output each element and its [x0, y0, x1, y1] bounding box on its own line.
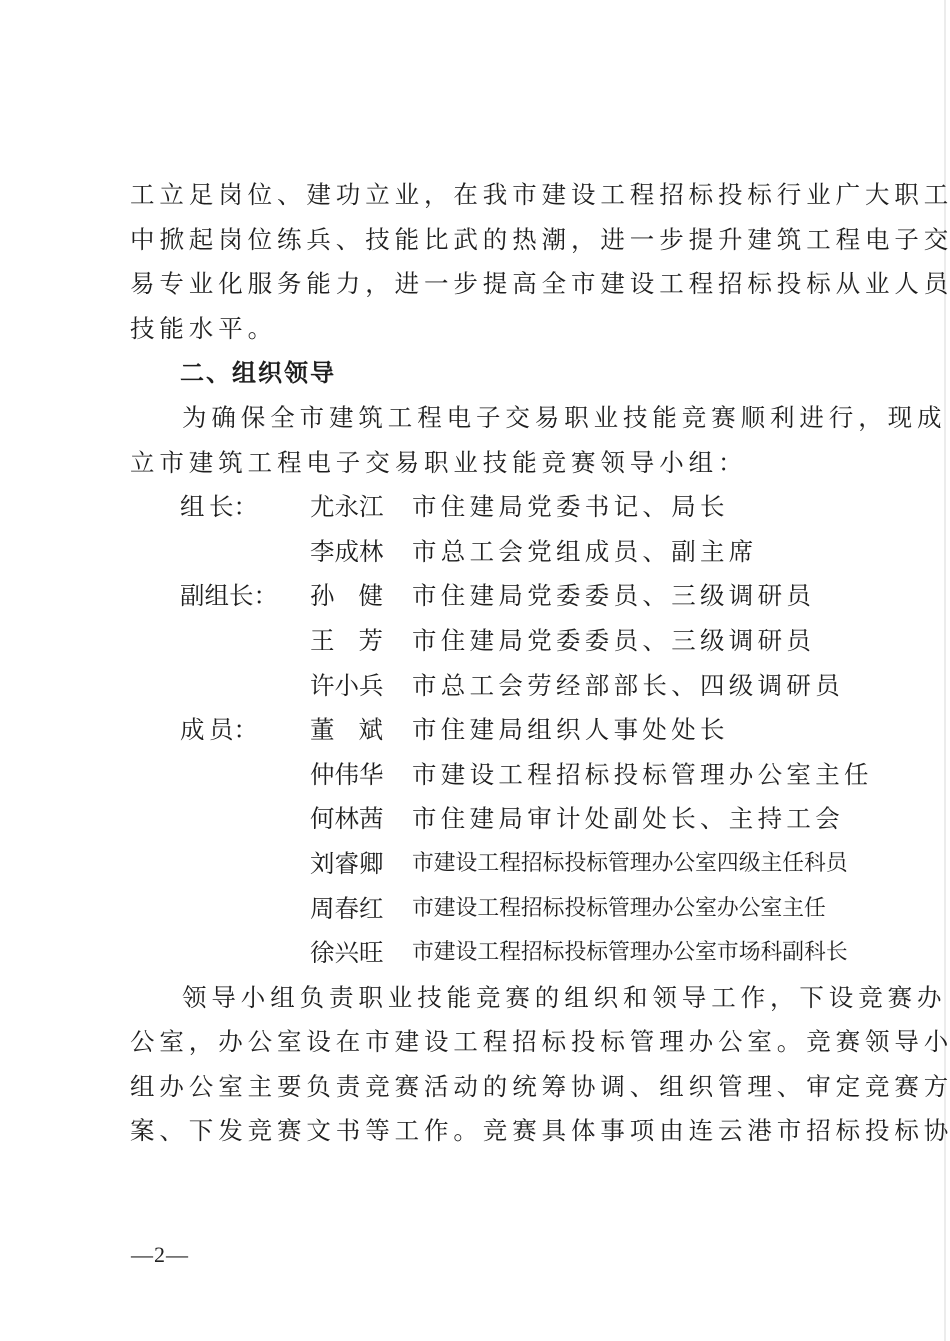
roster-name: 孙健 [310, 574, 386, 619]
roster-name: 仲伟华 [310, 753, 386, 798]
text-line: 工立足岗位、建功立业，在我市建设工程招标投标行业广大职工 [130, 173, 835, 218]
paragraph-1: 工立足岗位、建功立业，在我市建设工程招标投标行业广大职工 中掀起岗位练兵、技能比… [130, 173, 835, 351]
text-line: 组办公室主要负责竞赛活动的统筹协调、组织管理、审定竞赛方 [130, 1065, 835, 1110]
roster-row: 何林茜市住建局审计处副处长、主持工会 [130, 797, 835, 842]
roster-name: 董斌 [310, 708, 386, 753]
text-line: 为确保全市建筑工程电子交易职业技能竞赛顺利进行，现成 [130, 396, 835, 441]
roster-row: 副组长：孙健市住建局党委委员、三级调研员 [130, 574, 835, 619]
roster-row: 许小兵市总工会劳经部部长、四级调研员 [130, 664, 835, 709]
roster-name: 尤永江 [310, 485, 386, 530]
roster-role: 副组长： [180, 574, 278, 619]
text-line: 立市建筑工程电子交易职业技能竞赛领导小组： [130, 441, 835, 486]
roster-title: 市住建局党委书记、局长 [412, 485, 729, 530]
roster-name: 何林茜 [310, 797, 386, 842]
roster-title: 市住建局组织人事处处长 [412, 708, 729, 753]
roster-row: 刘睿卿市建设工程招标投标管理办公室四级主任科员 [130, 842, 835, 887]
roster-title: 市建设工程招标投标管理办公室市场科副科长 [412, 931, 848, 976]
text-line: 公室，办公室设在市建设工程招标投标管理办公室。竞赛领导小 [130, 1020, 835, 1065]
intro-paragraph: 为确保全市建筑工程电子交易职业技能竞赛顺利进行，现成 立市建筑工程电子交易职业技… [130, 396, 835, 485]
text-line: 领导小组负责职业技能竞赛的组织和领导工作，下设竞赛办 [130, 976, 835, 1021]
roster-title: 市住建局党委委员、三级调研员 [412, 619, 815, 664]
roster-row: 仲伟华市建设工程招标投标管理办公室主任 [130, 753, 835, 798]
roster-name: 徐兴旺 [310, 931, 386, 976]
roster-name: 刘睿卿 [310, 842, 386, 887]
roster-name: 周春红 [310, 887, 386, 932]
paragraph-2: 领导小组负责职业技能竞赛的组织和领导工作，下设竞赛办 公室，办公室设在市建设工程… [130, 976, 835, 1154]
roster-title: 市建设工程招标投标管理办公室四级主任科员 [412, 842, 848, 887]
roster-row: 王芳市住建局党委委员、三级调研员 [130, 619, 835, 664]
roster-role: 成员： [180, 708, 258, 753]
roster-row: 成员：董斌市住建局组织人事处处长 [130, 708, 835, 753]
text-line: 易专业化服务能力，进一步提高全市建设工程招标投标从业人员 [130, 262, 835, 307]
roster-title: 市总工会劳经部部长、四级调研员 [412, 664, 844, 709]
text-line: 中掀起岗位练兵、技能比武的热潮，进一步提升建筑工程电子交 [130, 218, 835, 263]
text-line: 技能水平。 [130, 307, 835, 352]
roster-row: 周春红市建设工程招标投标管理办公室办公室主任 [130, 887, 835, 932]
roster-title: 市住建局审计处副处长、主持工会 [412, 797, 844, 842]
roster-name: 王芳 [310, 619, 386, 664]
roster-row: 徐兴旺市建设工程招标投标管理办公室市场科副科长 [130, 931, 835, 976]
section-heading: 二、组织领导 [130, 351, 835, 396]
roster-row: 组长：尤永江市住建局党委书记、局长 [130, 485, 835, 530]
roster-role: 组长： [180, 485, 258, 530]
roster-title: 市建设工程招标投标管理办公室办公室主任 [412, 887, 826, 932]
roster-name: 李成林 [310, 530, 386, 575]
roster-title: 市住建局党委委员、三级调研员 [412, 574, 815, 619]
leadership-roster: 组长：尤永江市住建局党委书记、局长李成林市总工会党组成员、副主席副组长：孙健市住… [130, 485, 835, 976]
roster-row: 李成林市总工会党组成员、副主席 [130, 530, 835, 575]
roster-title: 市总工会党组成员、副主席 [412, 530, 758, 575]
page-number: —2— [131, 1242, 189, 1268]
roster-name: 许小兵 [310, 664, 386, 709]
text-line: 案、下发竞赛文书等工作。竞赛具体事项由连云港市招标投标协 [130, 1109, 835, 1154]
document-page: 工立足岗位、建功立业，在我市建设工程招标投标行业广大职工 中掀起岗位练兵、技能比… [130, 173, 835, 1154]
roster-title: 市建设工程招标投标管理办公室主任 [412, 753, 873, 798]
